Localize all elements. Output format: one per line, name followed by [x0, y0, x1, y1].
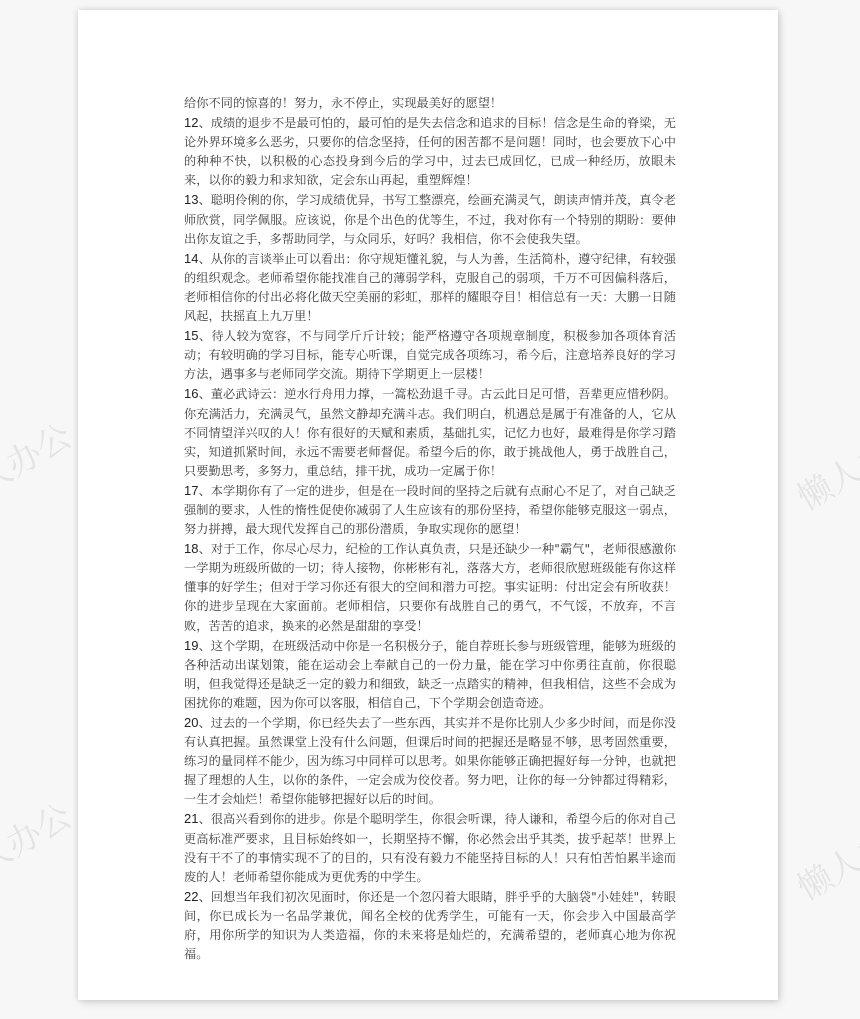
paragraph-number: 21 [184, 811, 199, 826]
paragraph-text: 、很高兴看到你的进步。你是个聪明学生，你很会听课，待人谦和，希望今后的你对自己更… [184, 812, 676, 883]
paragraph-19: 19、这个学期，在班级活动中你是一名积极分子，能自荐班长参与班级管理，能够为班级… [184, 636, 676, 713]
paragraph-text: 给你不同的惊喜的！努力，永不停止，实现最美好的愿望！ [184, 96, 502, 110]
paragraph-12: 12、成绩的退步不是最可怕的，最可怕的是失去信念和追求的目标！信念是生命的脊梁，… [184, 113, 676, 190]
paragraph-14: 14、从你的言谈举止可以看出：你守规矩懂礼貌，与人为善，生活简朴，遵守纪律，有较… [184, 249, 676, 326]
paragraph-20: 20、过去的一个学期，你已经失去了一些东西，其实并不是你比别人少多少时间，而是你… [184, 713, 676, 809]
watermark-right-bottom: 懒人办公 [787, 799, 860, 909]
paragraph-text: 、聪明伶俐的你，学习成绩优异，书写工整漂亮，绘画充满灵气，朗读声情并茂，真令老师… [184, 193, 676, 245]
paragraph-number: 16 [184, 386, 199, 401]
document-page: 给你不同的惊喜的！努力，永不停止，实现最美好的愿望！ 12、成绩的退步不是最可怕… [78, 10, 778, 1000]
paragraph-18: 18、对于工作，你尽心尽力，纪检的工作认真负责，只是还缺少一种"霸气"，老师很感… [184, 539, 676, 635]
paragraph-number: 14 [184, 251, 199, 266]
paragraph-text: 、本学期你有了一定的进步，但是在一段时间的坚持之后就有点耐心不足了，对自己缺乏强… [184, 484, 676, 536]
paragraph-22: 22、回想当年我们初次见面时，你还是一个忽闪着大眼睛，胖乎乎的大脑袋"小娃娃"，… [184, 887, 676, 964]
paragraph-text: 、回想当年我们初次见面时，你还是一个忽闪着大眼睛，胖乎乎的大脑袋"小娃娃"，转眼… [184, 890, 676, 961]
paragraph-text: 、从你的言谈举止可以看出：你守规矩懂礼貌，与人为善，生活简朴，遵守纪律，有较强的… [184, 252, 676, 323]
paragraph-continuation: 给你不同的惊喜的！努力，永不停止，实现最美好的愿望！ [184, 94, 676, 113]
paragraph-21: 21、很高兴看到你的进步。你是个聪明学生，你很会听课，待人谦和，希望今后的你对自… [184, 809, 676, 886]
paragraph-number: 22 [184, 889, 199, 904]
document-body: 给你不同的惊喜的！努力，永不停止，实现最美好的愿望！ 12、成绩的退步不是最可怕… [184, 94, 676, 964]
paragraph-number: 20 [184, 715, 199, 730]
watermark-left-top: 懒人办公 [0, 409, 79, 519]
paragraph-16: 16、董必武诗云：逆水行舟用力撑，一篙松劲退千寻。古云此日足可惜，吾辈更应惜秒阴… [184, 384, 676, 480]
paragraph-text: 、这个学期，在班级活动中你是一名积极分子，能自荐班长参与班级管理，能够为班级的各… [184, 639, 676, 710]
paragraph-number: 19 [184, 638, 199, 653]
watermark-right-top: 懒人办公 [787, 409, 860, 519]
paragraph-text: 、过去的一个学期，你已经失去了一些东西，其实并不是你比别人少多少时间，而是你没有… [184, 716, 676, 806]
paragraph-text: 、对于工作，你尽心尽力，纪检的工作认真负责，只是还缺少一种"霸气"，老师很感激你… [184, 542, 676, 632]
paragraph-number: 12 [184, 115, 199, 130]
paragraph-text: 、待人较为宽容，不与同学斤斤计较；能严格遵守各项规章制度，积极参加各项体育活动；… [184, 329, 676, 381]
paragraph-15: 15、待人较为宽容，不与同学斤斤计较；能严格遵守各项规章制度，积极参加各项体育活… [184, 326, 676, 384]
paragraph-number: 18 [184, 541, 199, 556]
paragraph-13: 13、聪明伶俐的你，学习成绩优异，书写工整漂亮，绘画充满灵气，朗读声情并茂，真令… [184, 190, 676, 248]
watermark-left-bottom: 懒人办公 [0, 789, 79, 899]
paragraph-17: 17、本学期你有了一定的进步，但是在一段时间的坚持之后就有点耐心不足了，对自己缺… [184, 481, 676, 539]
paragraph-number: 17 [184, 483, 199, 498]
paragraph-text: 、董必武诗云：逆水行舟用力撑，一篙松劲退千寻。古云此日足可惜，吾辈更应惜秒阴。你… [184, 387, 676, 477]
paragraph-text: 、成绩的退步不是最可怕的，最可怕的是失去信念和追求的目标！信念是生命的脊梁，无论… [184, 116, 676, 187]
paragraph-number: 15 [184, 328, 199, 343]
paragraph-number: 13 [184, 192, 199, 207]
